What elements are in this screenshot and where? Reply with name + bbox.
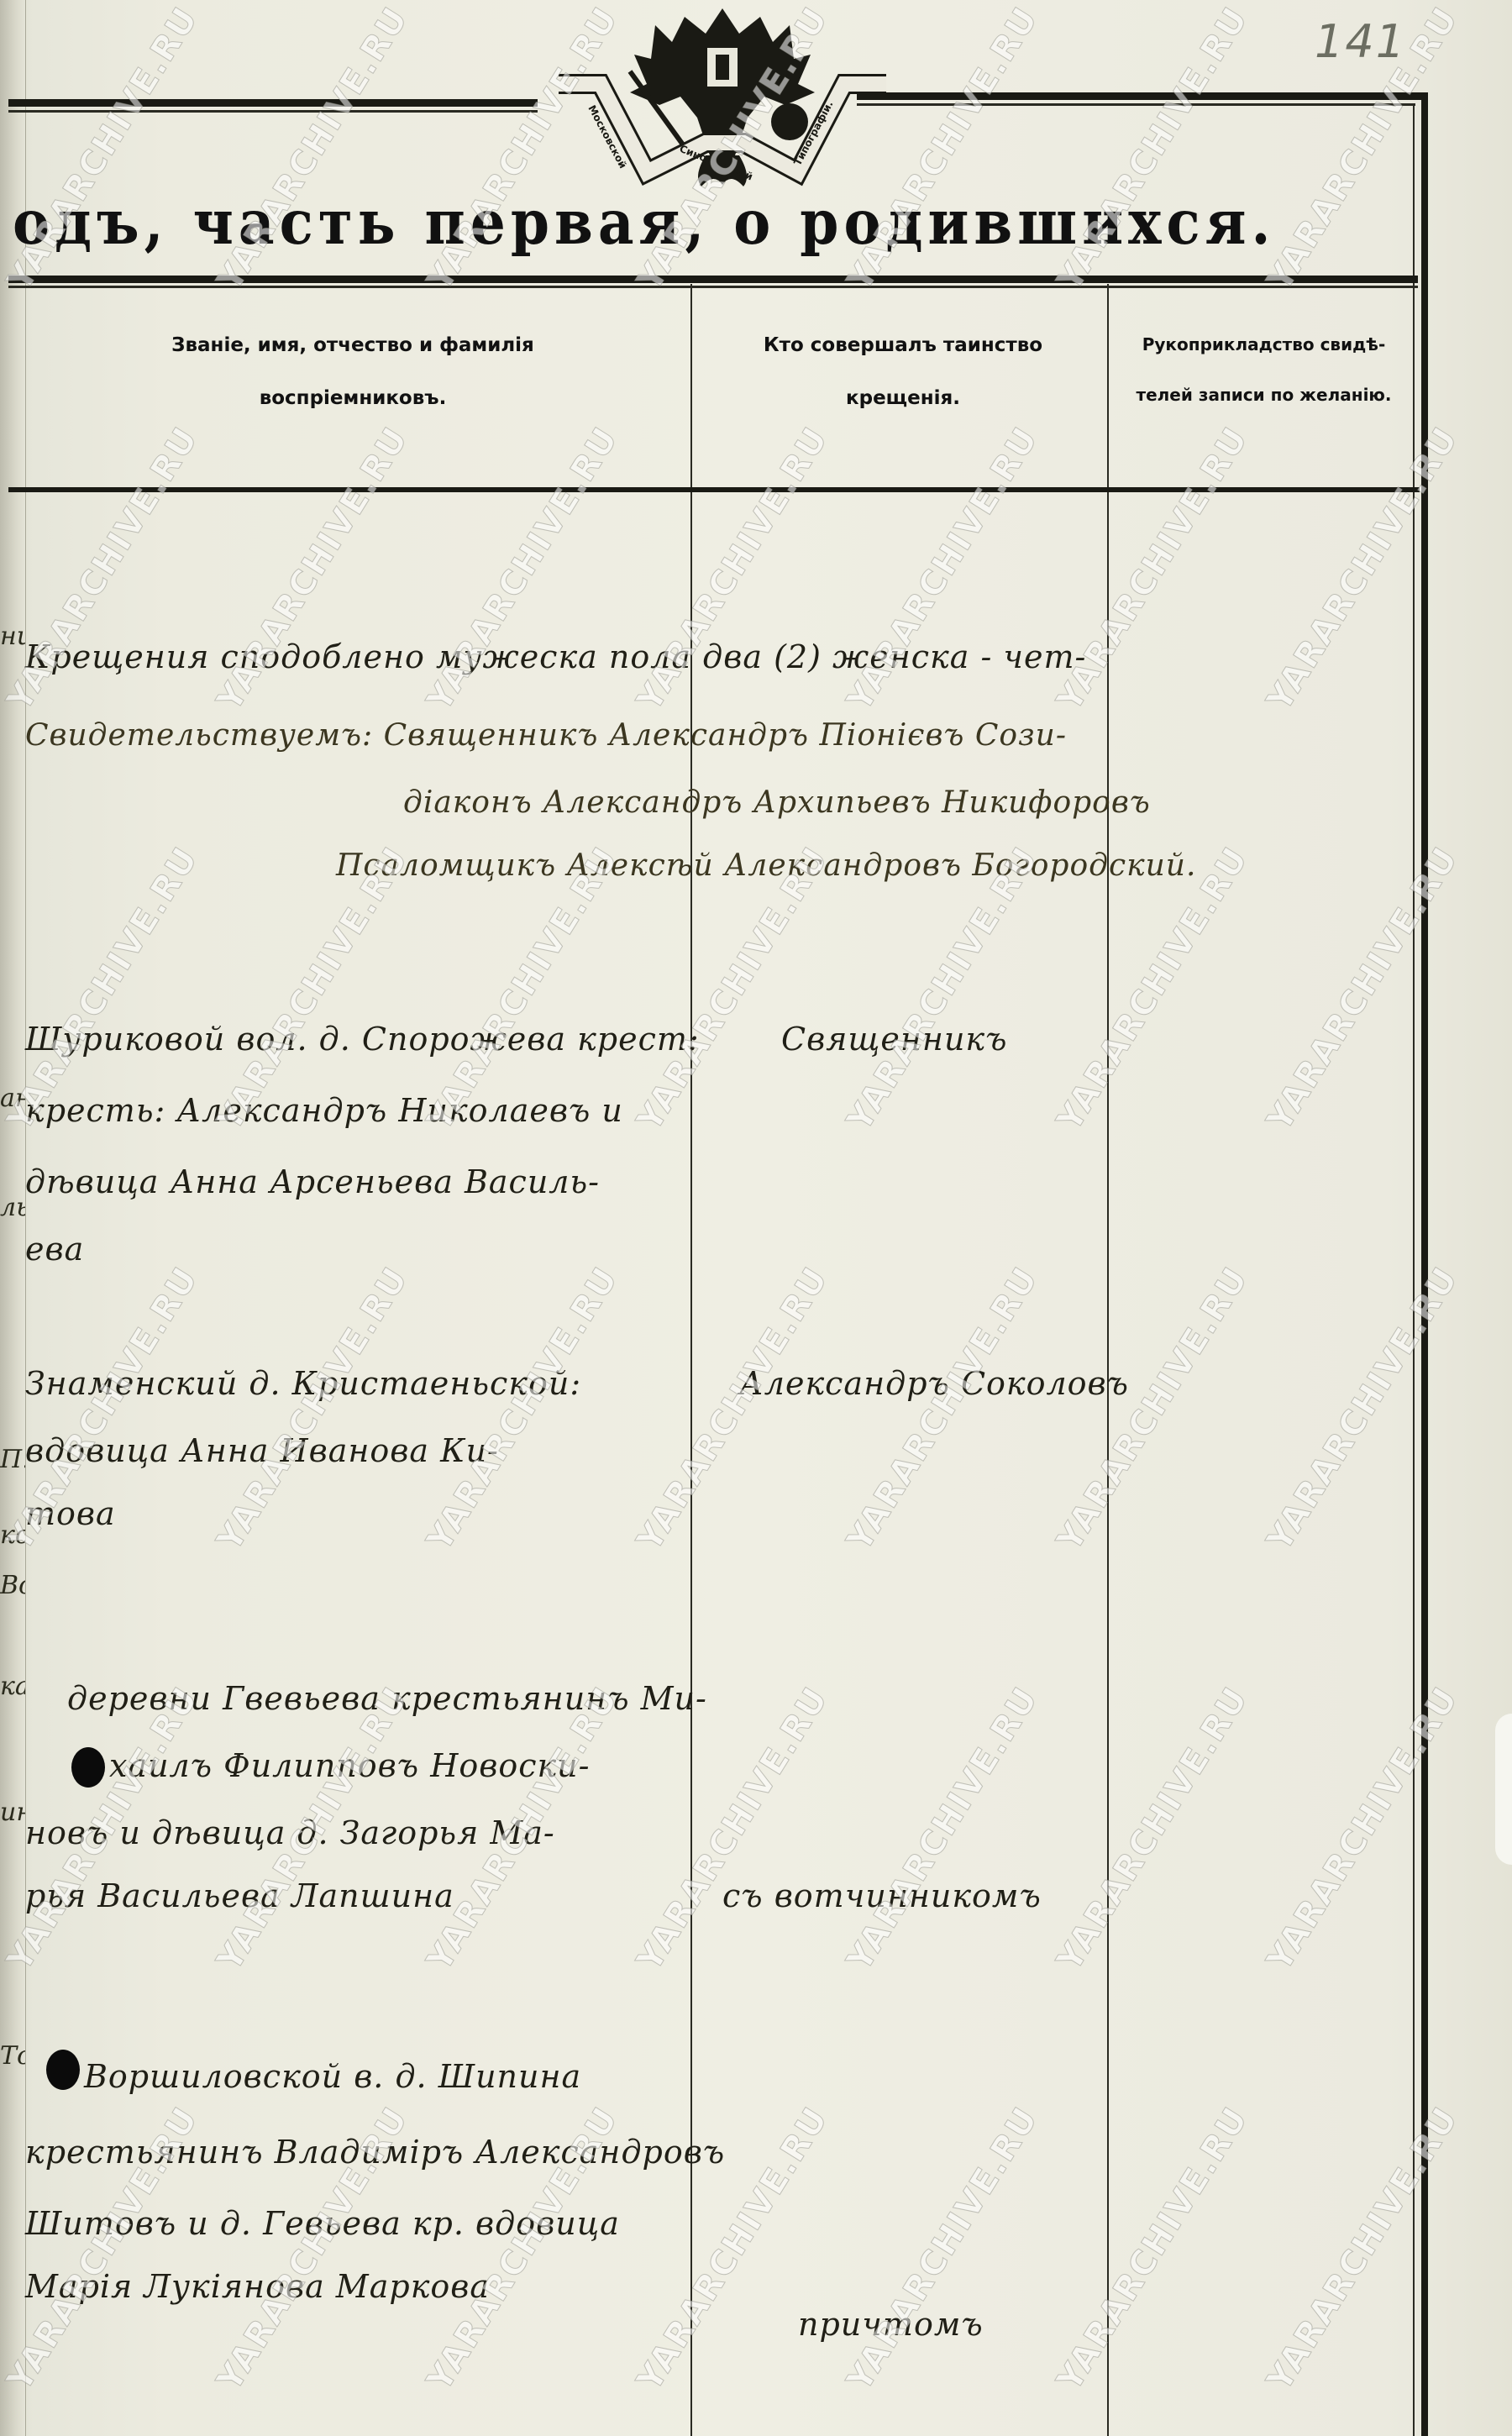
watermark-text: YARARCHIVE.RU xyxy=(840,1260,1046,1557)
binding-edge-adjacent-page: ни ано ль П. С ком Вор кар ини Тод xyxy=(0,0,26,2436)
title-rule xyxy=(8,276,1418,283)
margin-fragment: Вор xyxy=(0,1571,25,1600)
watermark-text: YARARCHIVE.RU xyxy=(1260,1680,1466,1977)
watermark-text: YARARCHIVE.RU xyxy=(210,1260,416,1557)
godparent-line: дѣвица Анна Арсеньева Василь- xyxy=(25,1163,600,1200)
signature-line: діаконъ Александръ Архипьевъ Никифоровъ xyxy=(403,785,1151,820)
godparent-line: крестьянинъ Владиміръ Александровъ xyxy=(25,2134,725,2171)
signature-line: Свидетельствуемъ: Священникъ Александръ … xyxy=(25,718,1067,753)
godparent-line: Марія Лукіянова Маркова xyxy=(25,2268,490,2305)
godparent-line: новъ и дѣвица д. Загорья Ма- xyxy=(25,1814,555,1851)
watermark-text: YARARCHIVE.RU xyxy=(1260,420,1466,717)
top-border-left-thin xyxy=(8,110,538,113)
summary-line: Крещения сподоблено мужеска пола два (2)… xyxy=(25,638,1086,675)
top-border-right xyxy=(857,92,1428,100)
watermark-text: YARARCHIVE.RU xyxy=(1050,1260,1256,1557)
page-number: 141 xyxy=(1315,15,1406,68)
column-header-godparents: Званіе, имя, отчество и фамилія воспріем… xyxy=(67,336,638,408)
godparent-line: Шитовъ и д. Гевьева кр. вдовица xyxy=(25,2205,620,2242)
godparent-line: рья Васильева Лапшина xyxy=(25,1877,454,1914)
column-header-line: крещенія. xyxy=(701,389,1105,408)
title-rule-thin xyxy=(8,286,1418,288)
watermark-text: YARARCHIVE.RU xyxy=(1260,2100,1466,2397)
margin-fragment: ини xyxy=(0,1798,25,1827)
top-border-right-thin xyxy=(857,103,1415,106)
margin-fragment: Тод xyxy=(0,2041,25,2071)
watermark-text: YARARCHIVE.RU xyxy=(840,2100,1046,2397)
column-header-line: воспріемниковъ. xyxy=(67,389,638,408)
godparent-line: Шуриковой вол. д. Спорожева крест: xyxy=(25,1021,700,1058)
officiant-text: Священникъ xyxy=(781,1021,1007,1058)
watermark-text: YARARCHIVE.RU xyxy=(840,1680,1046,1977)
officiant-text: съ вотчинникомъ xyxy=(722,1877,1042,1914)
watermark-text: YARARCHIVE.RU xyxy=(1260,1260,1466,1557)
column-divider-1 xyxy=(690,284,692,2436)
godparent-line: това xyxy=(25,1495,116,1532)
margin-fragment: ни xyxy=(0,622,25,651)
watermark-text: YARARCHIVE.RU xyxy=(1260,840,1466,1137)
margin-fragment: ль xyxy=(0,1193,25,1222)
godparent-line: вдовица Анна Иванова Ки- xyxy=(25,1432,499,1469)
godparent-line: кресть: Александръ Николаевъ и xyxy=(25,1092,623,1129)
godparent-line: Воршиловской в. д. Шипина xyxy=(84,2058,581,2095)
watermark-text: YARARCHIVE.RU xyxy=(630,1260,836,1557)
watermark-text: YARARCHIVE.RU xyxy=(630,840,836,1137)
watermark-text: YARARCHIVE.RU xyxy=(1050,2100,1256,2397)
margin-fragment: ано xyxy=(0,1084,25,1113)
page-title: одъ, часть первая, о родившихся. xyxy=(13,186,1275,259)
watermark-text: YARARCHIVE.RU xyxy=(420,1260,626,1557)
binding-hole xyxy=(71,1747,105,1788)
right-border xyxy=(1421,92,1428,2436)
top-border-left xyxy=(8,99,538,107)
header-bottom-rule xyxy=(8,487,1420,492)
margin-fragment: кар xyxy=(0,1672,25,1701)
column-header-line: Званіе, имя, отчество и фамилія xyxy=(171,334,534,356)
column-header-line: Рукоприкладство свидѣ- xyxy=(1142,334,1386,354)
right-border-thin xyxy=(1413,103,1415,2436)
godparent-line: Знаменский д. Кристаеньской: xyxy=(25,1365,581,1402)
signature-line: Псаломщикъ Алексѣй Александровъ Богородс… xyxy=(336,848,1196,883)
double-headed-eagle-icon: Московской Синодальной Типографіи. xyxy=(538,0,907,193)
column-header-witness-signatures: Рукоприкладство свидѣ- телей записи по ж… xyxy=(1110,336,1417,403)
column-header-line: телей записи по желанію. xyxy=(1110,386,1417,403)
officiant-text: Александръ Соколовъ xyxy=(739,1365,1129,1402)
godparent-line: ева xyxy=(25,1231,84,1268)
officiant-text: причтомъ xyxy=(798,2306,984,2343)
adjacent-sheet-edge xyxy=(1495,1714,1512,1865)
column-divider-2 xyxy=(1107,284,1109,2436)
watermark-text: YARARCHIVE.RU xyxy=(1050,1680,1256,1977)
register-page: ни ано ль П. С ком Вор кар ини Тод 141 М… xyxy=(0,0,1512,2436)
margin-fragment: П. С xyxy=(0,1445,25,1474)
watermark-text: YARARCHIVE.RU xyxy=(630,1680,836,1977)
watermark-text: YARARCHIVE.RU xyxy=(840,840,1046,1137)
column-header-line: Кто совершалъ таинство xyxy=(764,334,1042,356)
margin-fragment: ком xyxy=(0,1520,25,1550)
binding-hole xyxy=(46,2050,80,2090)
watermark-text: YARARCHIVE.RU xyxy=(1050,840,1256,1137)
column-header-officiant: Кто совершалъ таинство крещенія. xyxy=(701,336,1105,408)
godparent-line: деревни Гвевьева крестьянинъ Ми- xyxy=(67,1680,707,1717)
godparent-line: хаилъ Филипповъ Новоски- xyxy=(109,1747,591,1784)
